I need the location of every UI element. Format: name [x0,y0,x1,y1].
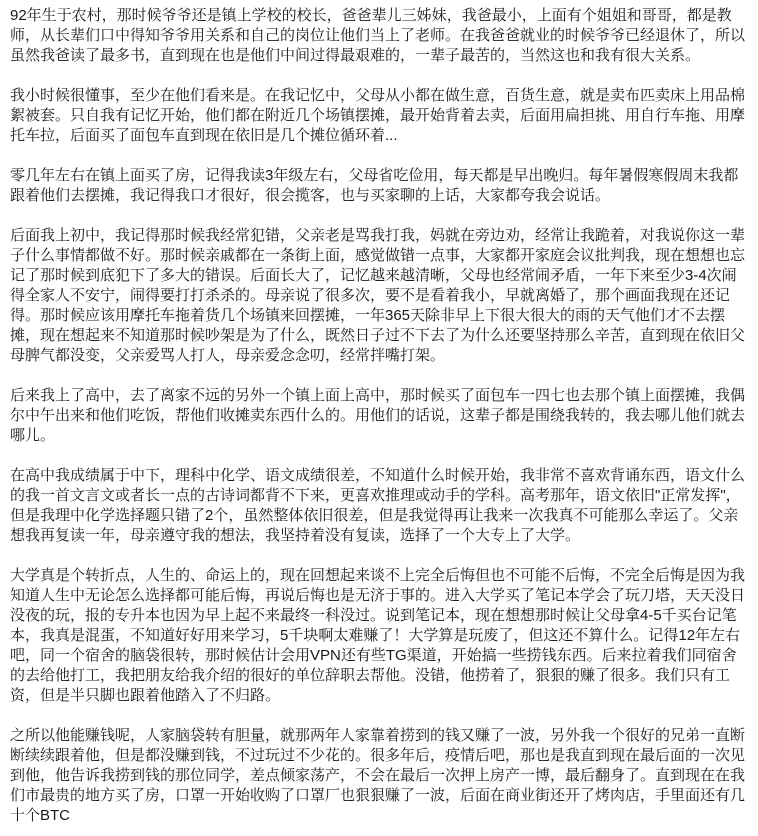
paragraph-college: 大学真是个转折点，人生的、命运上的，现在回想起来谈不上完全后悔但也不可能不后悔，… [10,566,748,706]
paragraph-grades-gaokao: 在高中我成绩属于中下，理科中化学、语文成绩很差，不知道什么时候开始，我非常不喜欢… [10,466,748,546]
paragraph-house-purchase: 零几年左右在镇上面买了房，记得我读3年级左右，父母省吃俭用，每天都是早出晚归。每… [10,166,748,206]
paragraph-childhood-business: 我小时候很懂事，至少在他们看来是。在我记忆中，父母从小都在做生意，百货生意，就是… [10,86,748,146]
paragraph-roommate-money: 之所以他能赚钱呢，人家脑袋转有胆量，就那两年人家靠着捞到的钱又赚了一波，另外我一… [10,726,748,826]
paragraph-birth-family: 92年生于农村，那时候爷爷还是镇上学校的校长，爸爸辈儿三姊妹，我爸最小，上面有个… [10,6,748,66]
paragraph-middle-school: 后面我上初中，我记得那时候我经常犯错，父亲老是骂我打我，妈就在旁边劝，经常让我跪… [10,226,748,366]
document-page: 92年生于农村，那时候爷爷还是镇上学校的校长，爸爸辈儿三姊妹，我爸最小，上面有个… [0,0,758,836]
paragraph-high-school-town: 后来我上了高中，去了离家不远的另外一个镇上面上高中，那时候买了面包车一四七也去那… [10,386,748,446]
